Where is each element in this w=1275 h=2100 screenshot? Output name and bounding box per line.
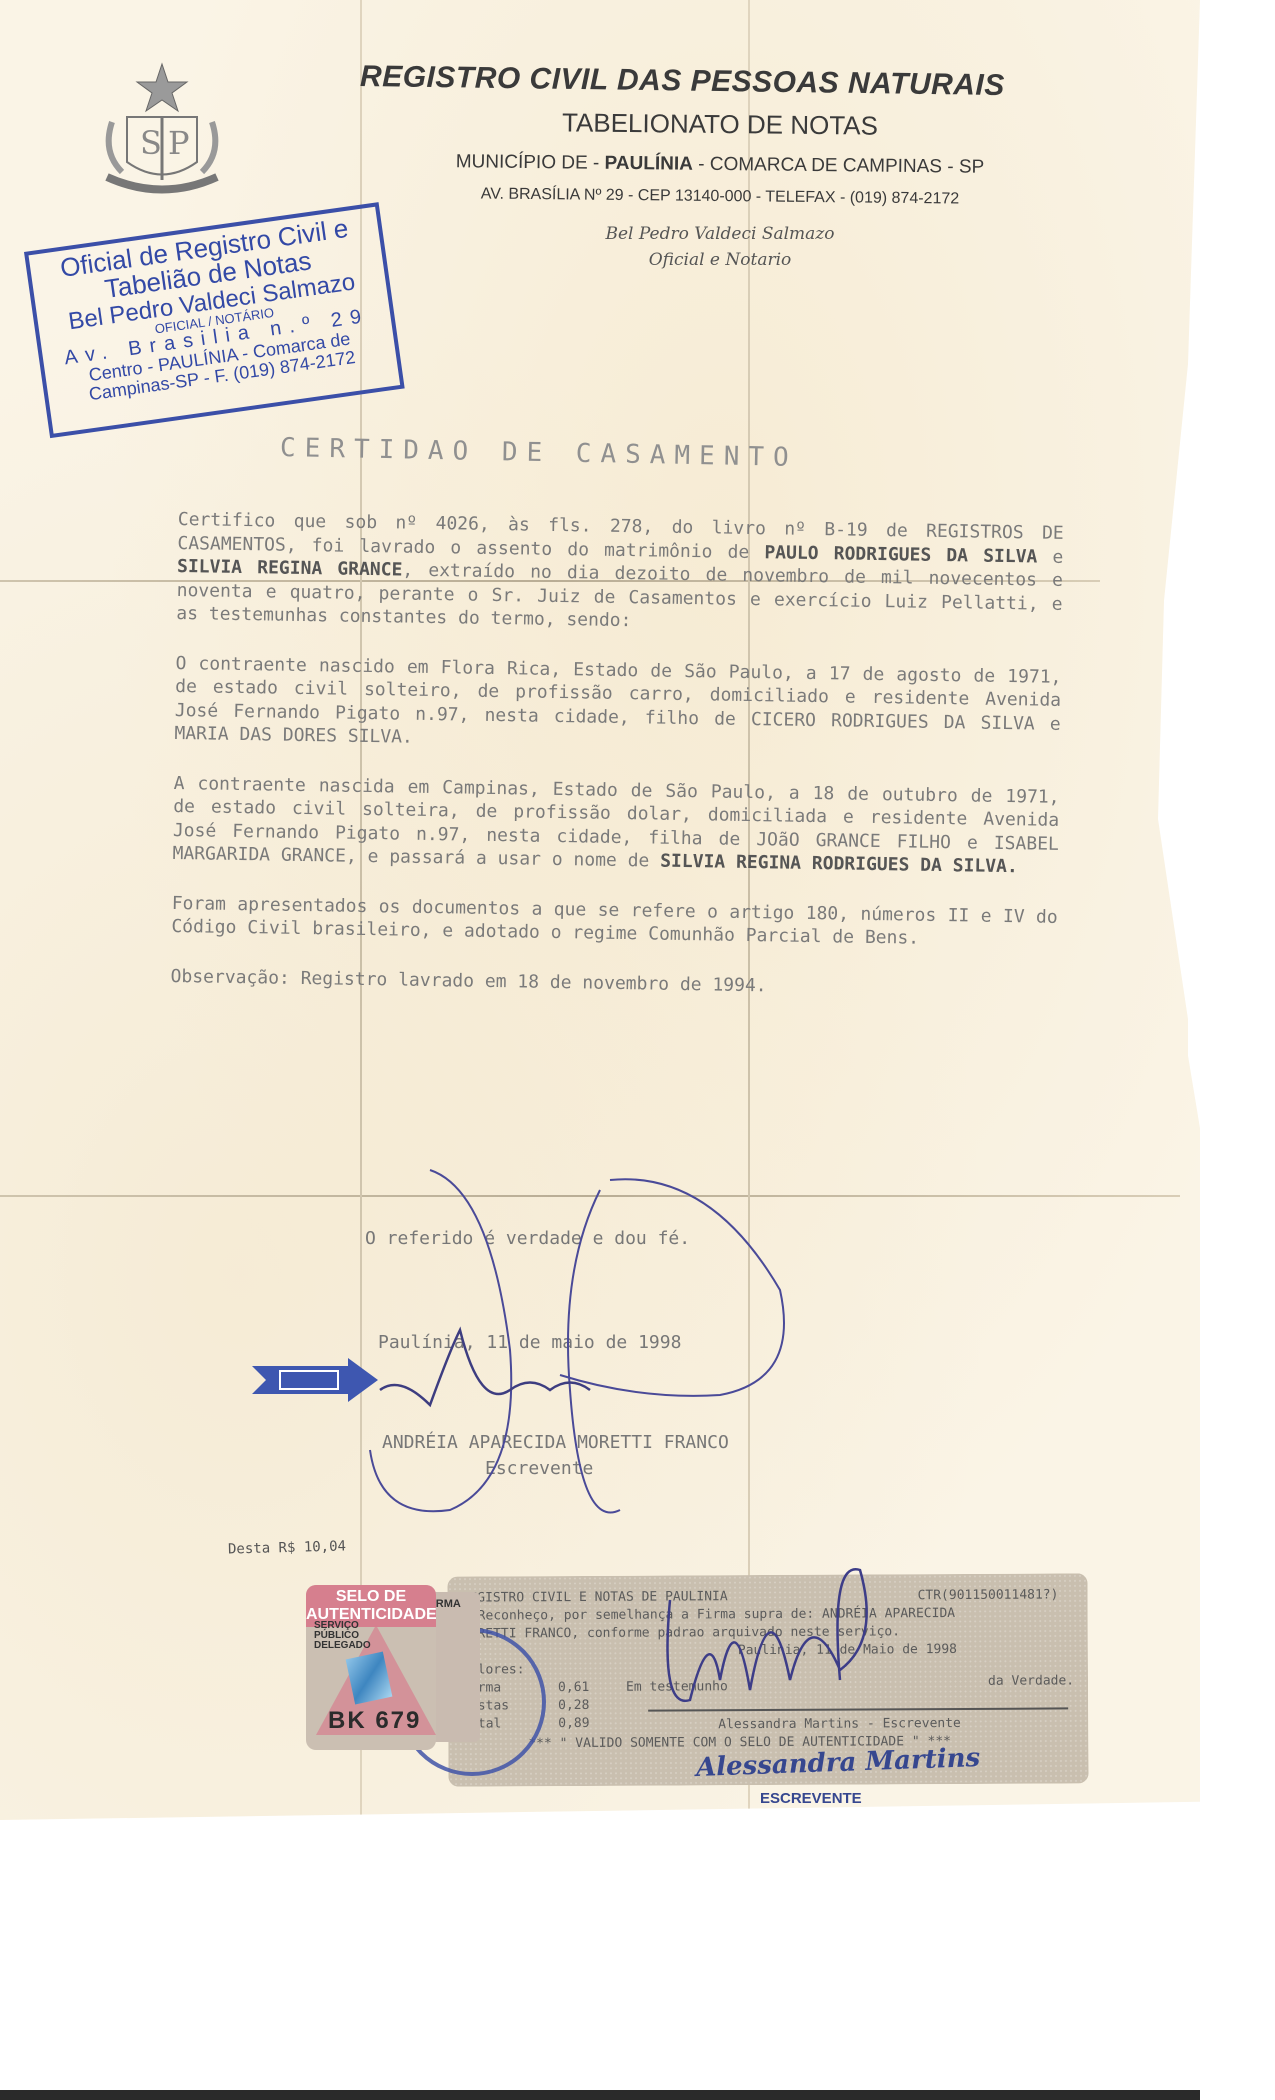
testimony-end: da Verdade. xyxy=(988,1673,1074,1688)
paragraph-bride: A contraente nascida em Campinas, Estado… xyxy=(172,771,1059,879)
sao-paulo-coat-of-arms-icon: S P xyxy=(92,62,232,202)
signer-role: Escrevente xyxy=(485,1458,593,1479)
official-title: Oficial e Notario xyxy=(360,250,1080,270)
letterhead: REGISTRO CIVIL DAS PESSOAS NATURAIS TABE… xyxy=(360,65,1080,270)
arrow-right-stamp-icon xyxy=(252,1358,378,1402)
escrevente-line: Alessandra Martins - Escrevente xyxy=(718,1716,961,1732)
seal-service-text: SERVIÇO PÚBLICO DELEGADO xyxy=(314,1621,371,1651)
bride-married-name: SILVIA REGINA RODRIGUES DA SILVA. xyxy=(660,851,1018,878)
bride-maiden-name: SILVIA REGINA GRANCE xyxy=(177,556,403,581)
fee-note: Desta R$ 10,04 xyxy=(228,1538,346,1557)
seal-code: BK 679 xyxy=(328,1707,421,1735)
registry-title: REGISTRO CIVIL DAS PESSOAS NATURAIS xyxy=(360,60,1080,104)
observation: Observação: Registro lavrado em 18 de no… xyxy=(170,964,1056,1001)
stamped-escrevente-role: ESCREVENTE xyxy=(760,1790,862,1807)
svg-text:S: S xyxy=(140,124,162,162)
authenticity-seal: SELO DE AUTENTICIDADE SERVIÇO PÚBLICO DE… xyxy=(306,1585,436,1750)
value-amount: 0,89 xyxy=(558,1716,589,1731)
registry-subtitle: TABELIONATO DE NOTAS xyxy=(360,105,1080,144)
paragraph-groom: O contraente nascido em Flora Rica, Esta… xyxy=(174,651,1061,759)
paragraph-registration: Certifico que sob nº 4026, às fls. 278, … xyxy=(176,508,1064,639)
recognition-date: Paulinia, 11 de Maio de 1998 xyxy=(738,1642,957,1658)
closing-statement: O referido é verdade e dou fé. xyxy=(365,1228,690,1249)
groom-name: PAULO RODRIGUES DA SILVA xyxy=(764,542,1037,567)
svg-text:P: P xyxy=(168,124,190,162)
municipality-suffix: - COMARCA DE CAMPINAS - SP xyxy=(693,154,985,178)
signature-line xyxy=(648,1707,1068,1711)
testimony-label: Em testemunho xyxy=(626,1679,728,1695)
recognition-text: MORETTI FRANCO, conforme padrao arquivad… xyxy=(462,1624,900,1641)
value-amount: 0,28 xyxy=(558,1698,589,1713)
municipality-name: PAULÍNIA xyxy=(604,153,693,175)
value-amount: 0,61 xyxy=(558,1680,589,1695)
recognition-control-code: CTR(901150011481?) xyxy=(918,1587,1059,1603)
certificate-body: Certifico que sob nº 4026, às fls. 278, … xyxy=(170,508,1064,1028)
place-and-date: Paulínia, 11 de maio de 1998 xyxy=(378,1332,681,1353)
text: e xyxy=(1037,546,1074,568)
fold-line xyxy=(0,1195,1180,1197)
paragraph-documents: Foram apresentados os documentos a que s… xyxy=(171,891,1058,952)
recognition-header: REGISTRO CIVIL E NOTAS DE PAULINIA xyxy=(462,1589,728,1605)
official-name: Bel Pedro Valdeci Salmazo xyxy=(360,224,1080,244)
municipality-prefix: MUNICÍPIO DE - xyxy=(456,151,605,174)
seal-service-line: DELEGADO xyxy=(314,1641,371,1651)
signer-name: ANDRÉIA APARECIDA MORETTI FRANCO xyxy=(382,1432,729,1453)
scanner-edge xyxy=(0,2090,1200,2100)
registry-address: AV. BRASÍLIA Nº 29 - CEP 13140-000 - TEL… xyxy=(360,184,1080,210)
municipality-line: MUNICÍPIO DE - PAULÍNIA - COMARCA DE CAM… xyxy=(360,150,1080,180)
recognition-text: Reconheço, por semelhança a Firma supra … xyxy=(478,1606,956,1623)
